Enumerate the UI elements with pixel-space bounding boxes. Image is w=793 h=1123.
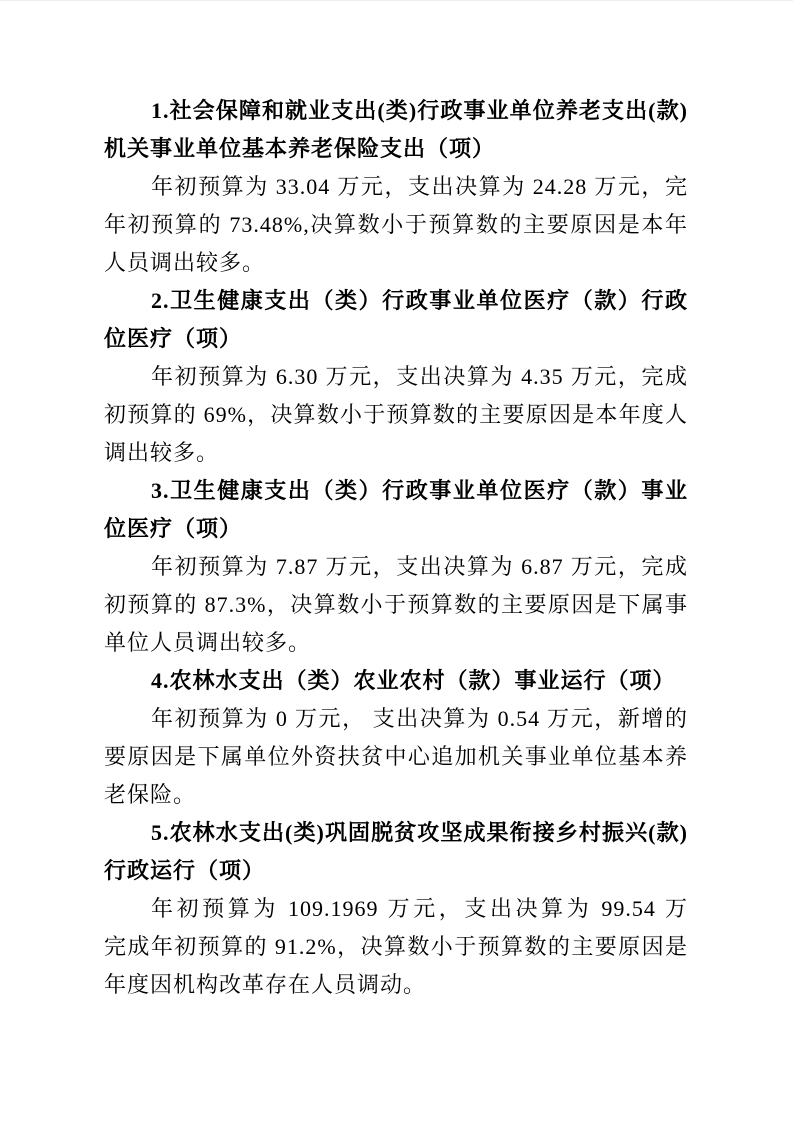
heading-line: 位医疗（项） — [104, 510, 688, 548]
paragraph-line: 初预算的 87.3%，决算数小于预算数的主要原因是下属事业 — [104, 586, 688, 624]
section-1: 1.社会保障和就业支出(类)行政事业单位养老支出(款) 机关事业单位基本养老保险… — [104, 92, 688, 282]
paragraph-line: 年初预算为 6.30 万元，支出决算为 4.35 万元，完成年 — [104, 358, 688, 396]
paragraph-line: 调出较多。 — [104, 434, 688, 472]
paragraph-line: 老保险。 — [104, 776, 688, 814]
section-4: 4.农林水支出（类）农业农村（款）事业运行（项） 年初预算为 0 万元， 支出决… — [104, 662, 688, 814]
paragraph-line: 年初预算为 109.1969 万元，支出决算为 99.54 万元， — [104, 890, 688, 928]
paragraph-line: 单位人员调出较多。 — [104, 624, 688, 662]
paragraph-line: 初预算的 69%，决算数小于预算数的主要原因是本年度人员 — [104, 396, 688, 434]
paragraph-line: 年初预算为 0 万元， 支出决算为 0.54 万元，新增的主 — [104, 700, 688, 738]
document-page: 1.社会保障和就业支出(类)行政事业单位养老支出(款) 机关事业单位基本养老保险… — [0, 0, 793, 1123]
heading-line: 2.卫生健康支出（类）行政事业单位医疗（款）行政单 — [104, 282, 688, 320]
heading-line: 1.社会保障和就业支出(类)行政事业单位养老支出(款) — [104, 92, 688, 130]
heading-line: 3.卫生健康支出（类）行政事业单位医疗（款）事业单 — [104, 472, 688, 510]
paragraph-line: 人员调出较多。 — [104, 244, 688, 282]
paragraph-line: 年度因机构改革存在人员调动。 — [104, 966, 688, 1004]
heading-line: 4.农林水支出（类）农业农村（款）事业运行（项） — [104, 662, 688, 700]
section-5: 5.农林水支出(类)巩固脱贫攻坚成果衔接乡村振兴(款) 行政运行（项） 年初预算… — [104, 814, 688, 1004]
heading-line: 位医疗（项） — [104, 320, 688, 358]
paragraph-line: 年初预算的 73.48%,决算数小于预算数的主要原因是本年度 — [104, 206, 688, 244]
paragraph-line: 年初预算为 7.87 万元，支出决算为 6.87 万元，完成年 — [104, 548, 688, 586]
heading-line: 行政运行（项） — [104, 852, 688, 890]
document-content: 1.社会保障和就业支出(类)行政事业单位养老支出(款) 机关事业单位基本养老保险… — [104, 92, 688, 1004]
section-3: 3.卫生健康支出（类）行政事业单位医疗（款）事业单 位医疗（项） 年初预算为 7… — [104, 472, 688, 662]
paragraph-line: 要原因是下属单位外资扶贫中心追加机关事业单位基本养 — [104, 738, 688, 776]
paragraph-line: 完成年初预算的 91.2%，决算数小于预算数的主要原因是本 — [104, 928, 688, 966]
heading-line: 5.农林水支出(类)巩固脱贫攻坚成果衔接乡村振兴(款) — [104, 814, 688, 852]
paragraph-line: 年初预算为 33.04 万元，支出决算为 24.28 万元，完成 — [104, 168, 688, 206]
heading-line: 机关事业单位基本养老保险支出（项） — [104, 130, 688, 168]
section-2: 2.卫生健康支出（类）行政事业单位医疗（款）行政单 位医疗（项） 年初预算为 6… — [104, 282, 688, 472]
